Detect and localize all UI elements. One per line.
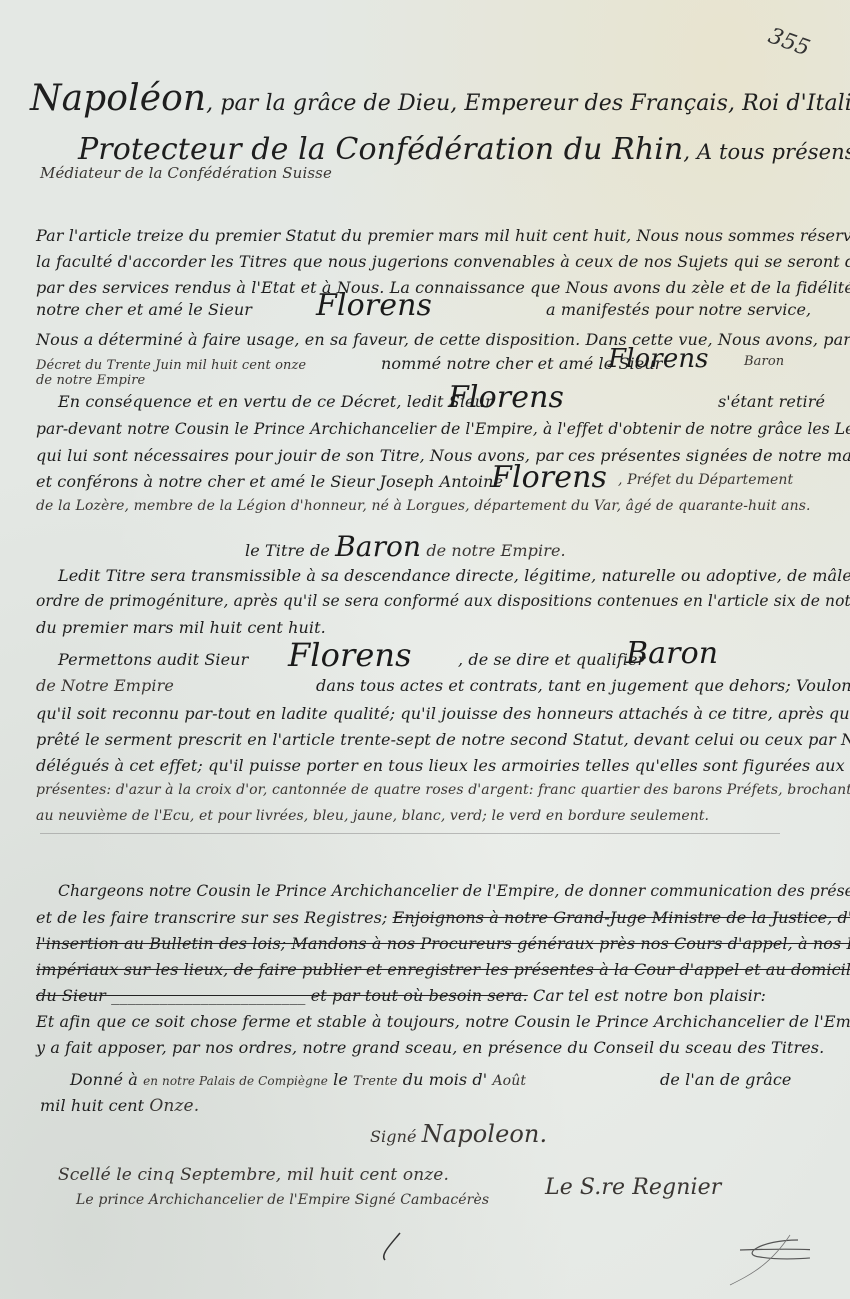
- title-line-1: Napoléon, par la grâce de Dieu, Empereur…: [30, 78, 850, 119]
- recipient-name: Florens: [491, 460, 607, 495]
- p1-line-5: Nous a déterminé à faire usage, en sa fa…: [36, 330, 850, 349]
- p4-line-6-armorial: présentes: d'azur à la croix d'or, canto…: [36, 782, 850, 798]
- p4-line-1: Permettons audit Sieur Florens , de se d…: [58, 650, 818, 669]
- p3-line-2: ordre de primogéniture, après qu'il se s…: [36, 592, 850, 610]
- struck-text: du Sieur ________________________ et par…: [36, 986, 528, 1005]
- p3-line-1: Ledit Titre sera transmissible à sa desc…: [58, 566, 850, 585]
- signature-name: Napoleon.: [422, 1120, 547, 1148]
- recipient-name: Florens: [316, 288, 432, 323]
- dating-line-2: mil huit cent Onze.: [40, 1096, 199, 1116]
- title-line-2: Protecteur de la Confédération du Rhin, …: [78, 132, 850, 167]
- day-handwritten: Trente: [353, 1074, 397, 1089]
- folio-number: 355: [765, 24, 813, 62]
- p5-line-1: Chargeons notre Cousin le Prince Archich…: [58, 882, 850, 900]
- confederation-heading: Protecteur de la Confédération du Rhin: [78, 132, 683, 167]
- p5-line-6: Et afin que ce soit chose ferme et stabl…: [36, 1012, 850, 1031]
- secretary-signature: Le S.re Regnier: [545, 1175, 721, 1200]
- p2-line-4: et conférons à notre cher et amé le Sieu…: [36, 472, 816, 491]
- recipient-name: Florens: [608, 344, 709, 374]
- p5-line-3-struck: l'insertion au Bulletin des lois; Mandon…: [36, 934, 850, 953]
- p2-line-1: En conséquence et en vertu de ce Décret,…: [58, 392, 818, 411]
- dating-line-1: Donné à en notre Palais de Compiègne le …: [70, 1070, 830, 1089]
- p1-line-4: notre cher et amé le Sieur Florens a man…: [36, 300, 816, 319]
- baron-title: Baron: [335, 530, 421, 563]
- p1-line-1: Par l'article treize du premier Statut d…: [36, 226, 850, 245]
- month-handwritten: Août: [492, 1073, 526, 1089]
- p1-line-2: la faculté d'accorder les Titres que nou…: [36, 252, 850, 271]
- p5-line-4-struck: impériaux sur les lieux, de faire publie…: [36, 960, 850, 979]
- p1-line-7: de notre Empire: [36, 373, 145, 388]
- divider-rule: [40, 833, 780, 834]
- recipient-name: Florens: [288, 636, 412, 674]
- baron-title: Baron: [626, 636, 718, 671]
- p4-line-4: prêté le serment prescrit en l'article t…: [36, 730, 850, 749]
- p5-line-2: et de les faire transcrire sur ses Regis…: [36, 908, 850, 927]
- p4-line-2: de Notre Empire dans tous actes et contr…: [36, 676, 816, 695]
- p4-line-3: qu'il soit reconnu par-tout en ladite qu…: [36, 704, 850, 723]
- place-handwritten: en notre Palais de Compiègne: [143, 1074, 328, 1088]
- p1-line-3: par des services rendus à l'Etat et à No…: [36, 278, 850, 297]
- p3-line-3: du premier mars mil huit cent huit.: [36, 618, 326, 637]
- letters-patent-document: 355 Napoléon, par la grâce de Dieu, Empe…: [0, 0, 850, 1299]
- napoleon-heading: Napoléon: [30, 78, 206, 119]
- signature-flourish: [370, 1205, 810, 1295]
- recipient-name: Florens: [448, 380, 564, 415]
- p4-line-5: délégués à cet effet; qu'il puisse porte…: [36, 756, 845, 775]
- p2-line-2: par-devant notre Cousin le Prince Archic…: [36, 420, 850, 438]
- p5-line-5: du Sieur ________________________ et par…: [36, 986, 766, 1005]
- mediator-annotation: Médiateur de la Confédération Suisse: [40, 164, 332, 182]
- p4-line-7-livery: au neuvième de l'Ecu, et pour livrées, b…: [36, 808, 709, 824]
- sealing-line-1: Scellé le cinq Septembre, mil huit cent …: [58, 1165, 449, 1185]
- title-grant: le Titre de Baron de notre Empire.: [245, 530, 566, 563]
- struck-text: Enjoignons à notre Grand-Juge Ministre d…: [393, 908, 850, 927]
- napoleon-signature: Signé Napoleon.: [370, 1120, 547, 1148]
- p5-line-7: y a fait apposer, par nos ordres, notre …: [36, 1038, 824, 1057]
- year-handwritten: Onze.: [149, 1096, 199, 1116]
- p2-line-5: de la Lozère, membre de la Légion d'honn…: [36, 498, 811, 514]
- p1-line-6: Décret du Trente Juin mil huit cent onze…: [36, 354, 816, 373]
- p2-line-3: qui lui sont nécessaires pour jouir de s…: [36, 446, 850, 465]
